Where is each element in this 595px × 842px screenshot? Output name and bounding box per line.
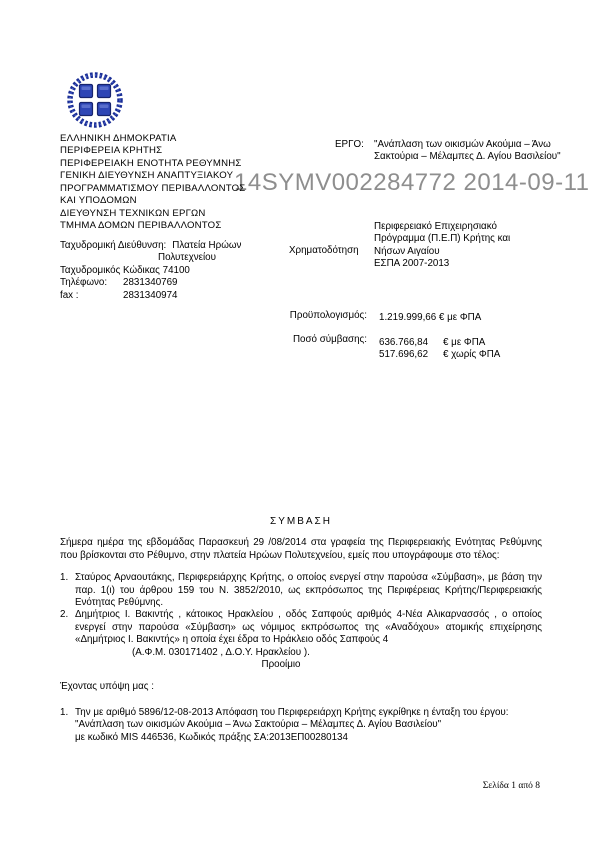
preamble-heading: Προοίμιο — [60, 659, 502, 671]
agency-line: ΓΕΝΙΚΗ ΔΙΕΥΘΥΝΣΗ ΑΝΑΠΤΥΞΙΑΚΟΥ — [60, 170, 245, 182]
contact-block: Ταχυδρομική Διεύθυνση: Πλατεία Ηρώων Πολ… — [60, 240, 241, 302]
party-item: 1. Σταύρος Αρναουτάκης, Περιφερειάρχης Κ… — [60, 572, 542, 609]
phone-label: Τηλέφωνο: — [60, 277, 123, 289]
party-number: 1. — [60, 572, 75, 609]
greek-coat-of-arms-icon — [66, 71, 124, 129]
consideration-text: Την με αριθμό 5896/12-08-2013 Απόφαση το… — [75, 707, 542, 744]
contract-title: ΣΥΜΒΑΣΗ — [60, 516, 542, 528]
consideration-line: "Ανάπλαση των οικισμών Ακούμια – Άνω Σακ… — [75, 719, 542, 731]
intro-paragraph: Σήμερα ημέρα της εβδομάδας Παρασκευή 29 … — [60, 537, 542, 562]
having-regard-line: Έχοντας υπόψη μας : — [60, 681, 542, 693]
contract-amount-row: 636.766,84 € με ΦΠΑ — [379, 337, 500, 349]
budget-label: Προϋπολογισμός: — [240, 310, 367, 322]
consideration-line: Την με αριθμό 5896/12-08-2013 Απόφαση το… — [75, 707, 542, 719]
amount-without-vat-suffix: € χωρίς ΦΠΑ — [443, 349, 500, 361]
postal-address-label: Ταχυδρομική Διεύθυνση: — [60, 240, 166, 252]
party-number: 2. — [60, 609, 75, 646]
fax-label: fax : — [60, 290, 123, 302]
considerations-list: 1. Την με αριθμό 5896/12-08-2013 Απόφαση… — [60, 707, 542, 744]
agency-line: ΠΡΟΓΡΑΜΜΑΤΙΣΜΟΥ ΠΕΡΙΒΑΛΛΟΝΤΟΣ — [60, 183, 245, 195]
document-page: 14SYMV002284772 2014-09-11 ΕΛΛΗΝΙΚΗ ΔΗΜΟ… — [0, 0, 595, 842]
agency-line: ΠΕΡΙΦΕΡΕΙΑΚΗ ΕΝΟΤΗΤΑ ΡΕΘΥΜΝΗΣ — [60, 158, 245, 170]
agency-line: ΕΛΛΗΝΙΚΗ ΔΗΜΟΚΡΑΤΙΑ — [60, 133, 245, 145]
postal-address-value: Πλατεία Ηρώων — [172, 240, 241, 252]
funding-line: Περιφερειακό Επιχειρησιακό — [374, 221, 574, 233]
funding-line: Πρόγραμμα (Π.Ε.Π) Κρήτης και — [374, 233, 574, 245]
amount-with-vat: 636.766,84 — [379, 337, 443, 349]
amount-with-vat-suffix: € με ΦΠΑ — [443, 337, 485, 349]
agency-line: ΚΑΙ ΥΠΟΔΟΜΩΝ — [60, 195, 245, 207]
party-text: Σταύρος Αρναουτάκης, Περιφερειάρχης Κρήτ… — [75, 572, 542, 609]
postal-address-value-line2: Πολυτεχνείου — [158, 252, 216, 264]
project-label: ΕΡΓΟ: — [335, 139, 364, 151]
consideration-number: 1. — [60, 707, 75, 744]
contract-body: ΣΥΜΒΑΣΗ Σήμερα ημέρα της εβδομάδας Παρασ… — [60, 516, 542, 744]
agency-header: ΕΛΛΗΝΙΚΗ ΔΗΜΟΚΡΑΤΙΑ ΠΕΡΙΦΕΡΕΙΑ ΚΡΗΤΗΣ ΠΕ… — [60, 133, 245, 233]
funding-line: ΕΣΠΑ 2007-2013 — [374, 258, 574, 270]
page-footer: Σελίδα 1 από 8 — [483, 781, 540, 791]
contract-amount-row: 517.696,62 € χωρίς ΦΠΑ — [379, 349, 500, 361]
fax-value: 2831340974 — [123, 290, 178, 302]
project-title: "Ανάπλαση των οικισμών Ακούμια – Άνω Σακ… — [374, 139, 566, 164]
funding-line: Νήσων Αιγαίου — [374, 246, 574, 258]
agency-line: ΔΙΕΥΘΥΝΣΗ ΤΕΧΝΙΚΩΝ ΕΡΓΩΝ — [60, 208, 245, 220]
consideration-line: με κωδικό MIS 446536, Κωδικός πράξης ΣΑ:… — [75, 732, 542, 744]
contract-amount-label: Ποσό σύμβασης: — [240, 334, 367, 346]
parties-list: 1. Σταύρος Αρναουτάκης, Περιφερειάρχης Κ… — [60, 572, 542, 646]
postal-code-line: Ταχυδρομικός Κώδικας 74100 — [60, 265, 190, 277]
contract-amount-values: 636.766,84 € με ΦΠΑ 517.696,62 € χωρίς Φ… — [379, 337, 500, 362]
party-item: 2. Δημήτριος Ι. Βακιντής , κάτοικος Ηρακ… — [60, 609, 542, 646]
agency-line: ΠΕΡΙΦΕΡΕΙΑ ΚΡΗΤΗΣ — [60, 145, 245, 157]
consideration-item: 1. Την με αριθμό 5896/12-08-2013 Απόφαση… — [60, 707, 542, 744]
party-text: Δημήτριος Ι. Βακιντής , κάτοικος Ηρακλεί… — [75, 609, 542, 646]
kimdis-registry-stamp: 14SYMV002284772 2014-09-11 — [234, 170, 590, 196]
afm-doy-line: (Α.Φ.Μ. 030171402 , Δ.Ο.Υ. Ηρακλείου ). — [132, 647, 542, 659]
amount-without-vat: 517.696,62 — [379, 349, 443, 361]
agency-line: ΤΜΗΜΑ ΔΟΜΩΝ ΠΕΡΙΒΑΛΛΟΝΤΟΣ — [60, 220, 245, 232]
funding-label: Χρηματοδότηση — [289, 245, 359, 257]
phone-value: 2831340769 — [123, 277, 178, 289]
funding-value: Περιφερειακό Επιχειρησιακό Πρόγραμμα (Π.… — [374, 221, 574, 271]
budget-value: 1.219.999,66 € με ΦΠΑ — [379, 312, 481, 324]
